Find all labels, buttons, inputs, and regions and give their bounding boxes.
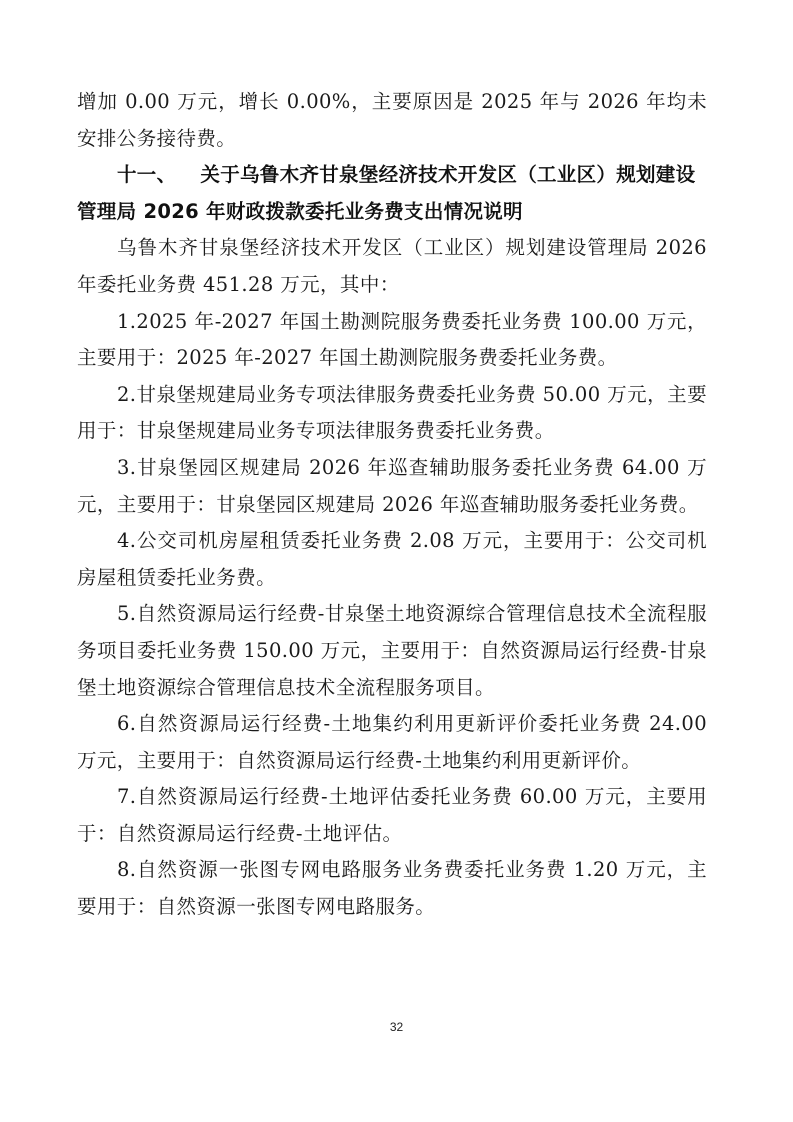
list-item: 5.自然资源局运行经费-甘泉堡土地资源综合管理信息技术全流程服务项目委托业务费 … [77,596,707,706]
list-item: 8.自然资源一张图专网电路服务业务费委托业务费 1.20 万元，主要用于：自然资… [77,852,707,925]
intro-paragraph: 乌鲁木齐甘泉堡经济技术开发区（工业区）规划建设管理局 2026 年委托业务费 4… [77,230,707,303]
section-heading: 十一、关于乌鲁木齐甘泉堡经济技术开发区（工业区）规划建设管理局 2026 年财政… [77,157,707,230]
continuation-paragraph: 增加 0.00 万元，增长 0.00%，主要原因是 2025 年与 2026 年… [77,84,707,157]
document-page: 增加 0.00 万元，增长 0.00%，主要原因是 2025 年与 2026 年… [77,84,707,926]
list-item: 4.公交司机房屋租赁委托业务费 2.08 万元，主要用于：公交司机房屋租赁委托业… [77,523,707,596]
list-item: 2.甘泉堡规建局业务专项法律服务费委托业务费 50.00 万元，主要用于：甘泉堡… [77,377,707,450]
section-number: 十一、 [117,163,176,186]
list-item: 3.甘泉堡园区规建局 2026 年巡查辅助服务委托业务费 64.00 万元，主要… [77,450,707,523]
list-item: 1.2025 年-2027 年国土勘测院服务费委托业务费 100.00 万元，主… [77,304,707,377]
list-item: 7.自然资源局运行经费-土地评估委托业务费 60.00 万元，主要用于：自然资源… [77,779,707,852]
page-number: 32 [0,1020,793,1034]
list-item: 6.自然资源局运行经费-土地集约利用更新评价委托业务费 24.00 万元，主要用… [77,706,707,779]
